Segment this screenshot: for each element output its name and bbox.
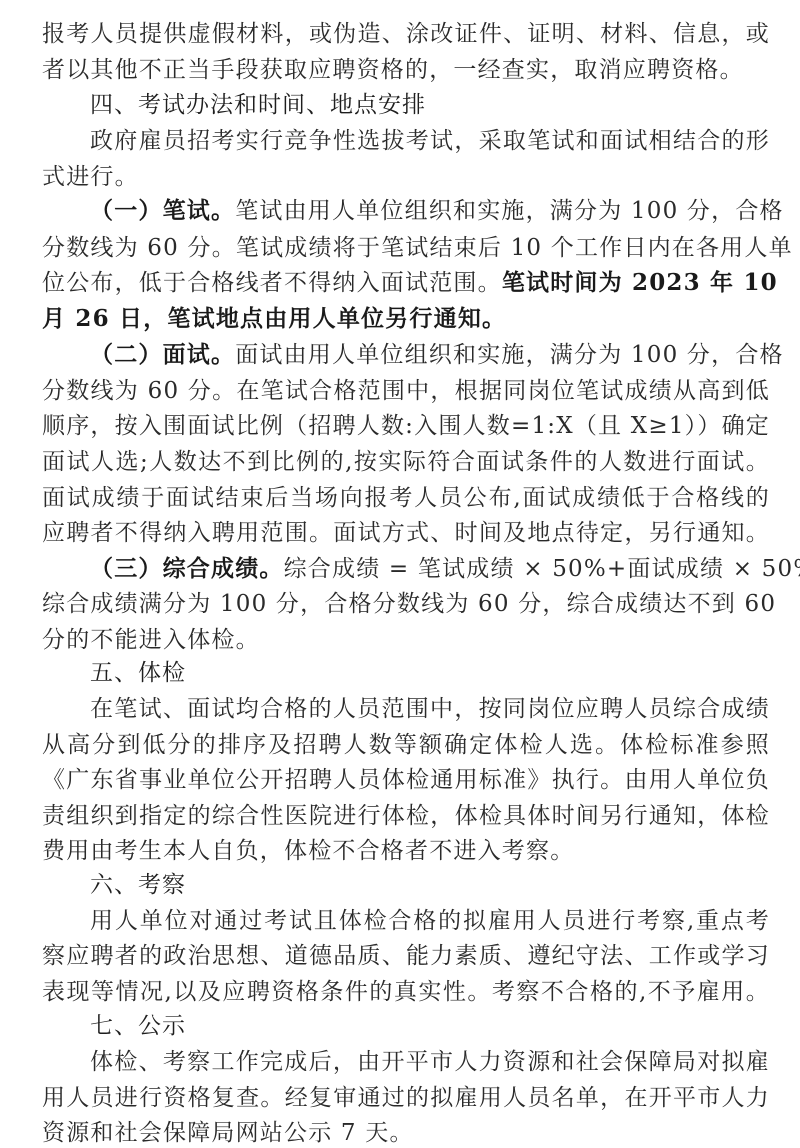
paragraph-line: 分数线为 60 分。在笔试合格范围中，根据同岗位笔试成绩从高到低 (42, 374, 770, 408)
written-exam-text: 笔试由用人单位组织和实施，满分为 100 分，合格 (235, 198, 784, 224)
paragraph-line: 应聘者不得纳入聘用范围。面试方式、时间及地点待定，另行通知。 (42, 516, 770, 550)
interview-label: （二）面试。 (90, 341, 235, 368)
composite-score-label: （三）综合成绩。 (90, 555, 284, 582)
written-exam-label: （一）笔试。 (90, 197, 235, 224)
paragraph-line: 式进行。 (42, 160, 770, 194)
paragraph-line: 察应聘者的政治思想、道德品质、能力素质、遵纪守法、工作或学习 (42, 939, 770, 973)
composite-score-line: （三）综合成绩。综合成绩 = 笔试成绩 × 50%+面试成绩 × 50%, (90, 552, 770, 586)
paragraph-line: 《广东省事业单位公开招聘人员体检通用标准》执行。由用人单位负 (42, 763, 770, 797)
paragraph-line: 面试成绩于面试结束后当场向报考人员公布,面试成绩低于合格线的 (42, 481, 770, 515)
paragraph-line: 用人员进行资格复查。经复审通过的拟雇用人员名单，在开平市人力 (42, 1081, 770, 1115)
written-exam-line: （一）笔试。笔试由用人单位组织和实施，满分为 100 分，合格 (90, 194, 770, 228)
paragraph-line: 分的不能进入体检。 (42, 623, 770, 657)
written-exam-text: 位公布，低于合格线者不得纳入面试范围。 (42, 270, 502, 296)
paragraph-line: 报考人员提供虚假材料，或伪造、涂改证件、证明、材料、信息，或 (42, 17, 770, 51)
paragraph-line: 体检、考察工作完成后，由开平市人力资源和社会保障局对拟雇 (90, 1045, 770, 1079)
section-heading-medical: 五、体检 (90, 656, 770, 690)
written-exam-date-cont: 月 26 日，笔试地点由用人单位另行通知。 (42, 302, 770, 336)
paragraph-line: 面试人选;人数达不到比例的,按实际符合面试条件的人数进行面试。 (42, 445, 770, 479)
document-page: 报考人员提供虚假材料，或伪造、涂改证件、证明、材料、信息，或 者以其他不正当手段… (0, 0, 800, 1148)
paragraph-line: 者以其他不正当手段获取应聘资格的，一经查实，取消应聘资格。 (42, 53, 770, 87)
paragraph-line: 表现等情况,以及应聘资格条件的真实性。考察不合格的,不予雇用。 (42, 975, 770, 1009)
interview-text: 面试由用人单位组织和实施，满分为 100 分，合格 (235, 342, 784, 368)
paragraph-line: 资源和社会保障局网站公示 7 天。 (42, 1116, 770, 1148)
interview-line: （二）面试。面试由用人单位组织和实施，满分为 100 分，合格 (90, 338, 770, 372)
paragraph-line: 位公布，低于合格线者不得纳入面试范围。笔试时间为 2023 年 10 (42, 266, 770, 300)
written-exam-date: 笔试时间为 2023 年 10 (502, 269, 778, 296)
paragraph-line: 政府雇员招考实行竞争性选拔考试，采取笔试和面试相结合的形 (90, 124, 770, 158)
composite-score-text: 综合成绩 = 笔试成绩 × 50%+面试成绩 × 50%, (284, 556, 800, 582)
paragraph-line: 在笔试、面试均合格的人员范围中，按同岗位应聘人员综合成绩 (90, 692, 770, 726)
section-heading-inspection: 六、考察 (90, 868, 770, 902)
paragraph-line: 费用由考生本人自负，体检不合格者不进入考察。 (42, 834, 770, 868)
paragraph-line: 顺序，按入围面试比例（招聘人数:入围人数=1:X（且 X≥1））确定 (42, 409, 770, 443)
paragraph-line: 责组织到指定的综合性医院进行体检，体检具体时间另行通知，体检 (42, 799, 770, 833)
paragraph-line: 从高分到低分的排序及招聘人数等额确定体检人选。体检标准参照 (42, 728, 770, 762)
section-heading-exam: 四、考试办法和时间、地点安排 (90, 88, 770, 122)
paragraph-line: 用人单位对通过考试且体检合格的拟雇用人员进行考察,重点考 (90, 904, 770, 938)
paragraph-line: 分数线为 60 分。笔试成绩将于笔试结束后 10 个工作日内在各用人单 (42, 231, 770, 265)
paragraph-line: 综合成绩满分为 100 分，合格分数线为 60 分，综合成绩达不到 60 (42, 587, 770, 621)
section-heading-publicity: 七、公示 (90, 1009, 770, 1043)
